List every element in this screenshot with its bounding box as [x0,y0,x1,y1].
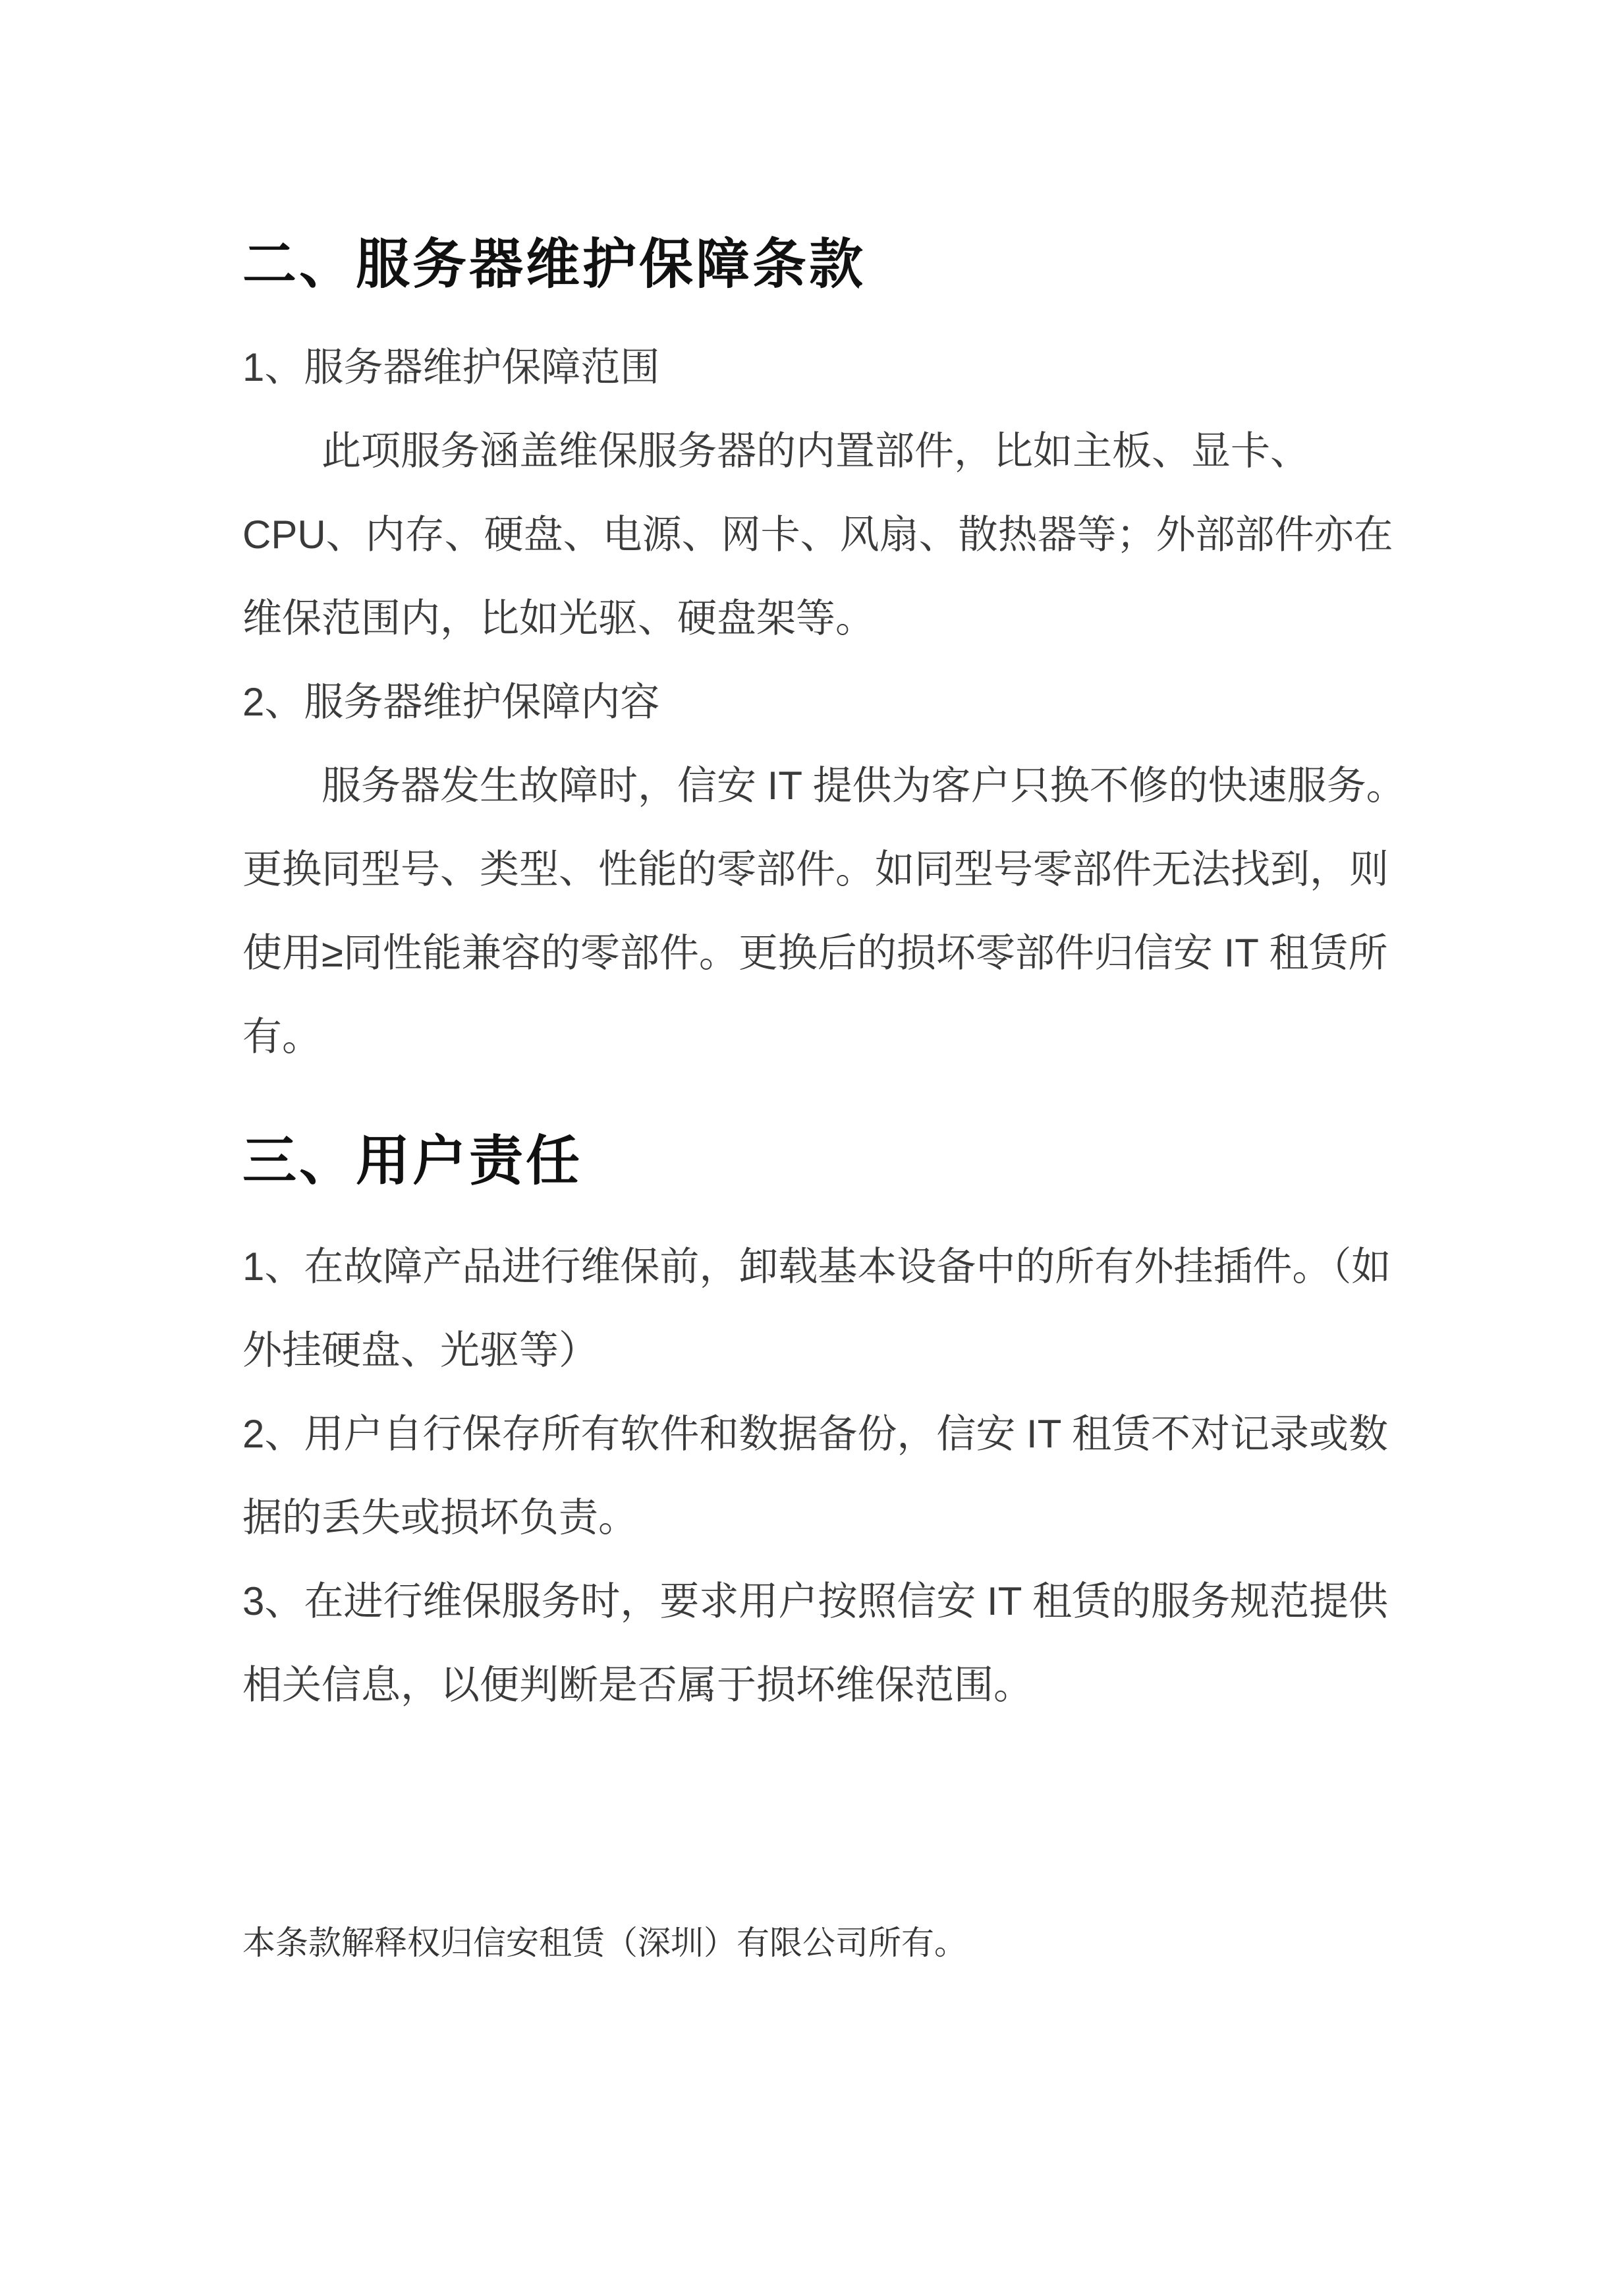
footer-disclaimer: 本条款解释权归信安租赁（深圳）有限公司所有。 [242,1921,1382,1965]
document-content: 二、服务器维护保障条款 1、服务器维护保障范围 此项服务涵盖维保服务器的内置部件… [242,0,1382,1965]
section-2-item-2-paragraph-line: 使用≥同性能兼容的零部件。更换后的损坏零部件归信安 IT 租赁所 [242,911,1382,995]
section-3-item-2-line: 2、用户自行保存所有软件和数据备份，信安 IT 租赁不对记录或数 [242,1392,1382,1476]
section-3-item-3-line: 3、在进行维保服务时，要求用户按照信安 IT 租赁的服务规范提供 [242,1559,1382,1643]
section-3-item-3-line: 相关信息，以便判断是否属于损坏维保范围。 [242,1643,1382,1727]
section-2-item-2-paragraph-line: 有。 [242,995,1382,1078]
section-2-item-1-paragraph-line: 维保范围内，比如光驱、硬盘架等。 [242,576,1382,660]
section-2-heading: 二、服务器维护保障条款 [242,228,1382,302]
document-page: 二、服务器维护保障条款 1、服务器维护保障范围 此项服务涵盖维保服务器的内置部件… [0,0,1618,2296]
section-2-item-2-paragraph-line: 服务器发生故障时，信安 IT 提供为客户只换不修的快速服务。 [242,744,1382,827]
section-2-item-2-paragraph-line: 更换同型号、类型、性能的零部件。如同型号零部件无法找到，则 [242,827,1382,911]
section-3-item-2-line: 据的丢失或损坏负责。 [242,1476,1382,1559]
section-3-heading: 三、用户责任 [242,1125,1382,1198]
section-2-item-1-title: 1、服务器维护保障范围 [242,325,1382,409]
section-2-item-1-paragraph-line: 此项服务涵盖维保服务器的内置部件，比如主板、显卡、 [242,409,1382,493]
section-2-item-1-paragraph-line: CPU、内存、硬盘、电源、网卡、风扇、散热器等；外部部件亦在 [242,493,1382,576]
section-3-item-1-line: 1、在故障产品进行维保前，卸载基本设备中的所有外挂插件。（如 [242,1225,1382,1308]
section-2-item-2-title: 2、服务器维护保障内容 [242,660,1382,744]
section-3-item-1-line: 外挂硬盘、光驱等） [242,1308,1382,1392]
